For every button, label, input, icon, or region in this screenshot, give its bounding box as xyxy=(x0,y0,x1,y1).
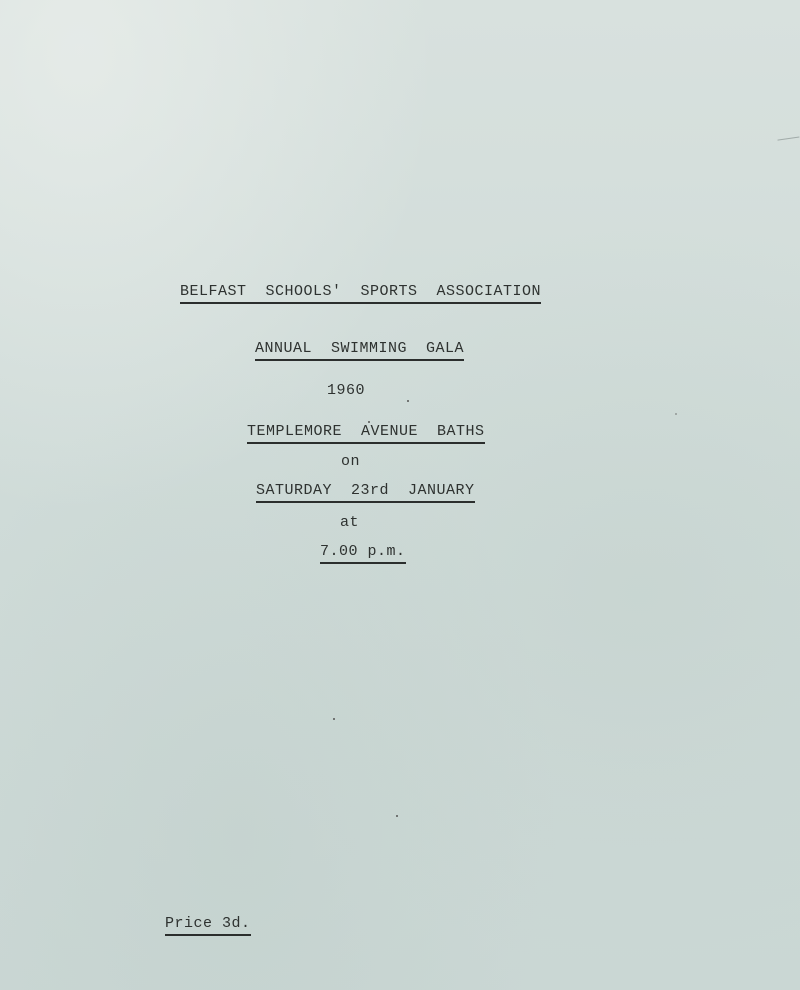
programme-cover: BELFAST SCHOOLS' SPORTS ASSOCIATION ANNU… xyxy=(0,0,800,990)
page-crease xyxy=(777,137,800,149)
ink-speck xyxy=(407,400,409,402)
organisation-heading: BELFAST SCHOOLS' SPORTS ASSOCIATION xyxy=(180,283,541,304)
on-label: on xyxy=(341,453,360,471)
event-time: 7.00 p.m. xyxy=(320,543,406,564)
event-date: SATURDAY 23rd JANUARY xyxy=(256,482,475,503)
price-label: Price 3d. xyxy=(165,915,251,936)
ink-speck xyxy=(396,815,398,817)
event-title: ANNUAL SWIMMING GALA xyxy=(255,340,464,361)
event-year: 1960 xyxy=(327,382,365,400)
ink-speck xyxy=(333,718,335,720)
ink-speck xyxy=(368,421,370,423)
venue: TEMPLEMORE AVENUE BATHS xyxy=(247,423,485,444)
at-label: at xyxy=(340,514,359,532)
ink-speck xyxy=(675,413,677,415)
